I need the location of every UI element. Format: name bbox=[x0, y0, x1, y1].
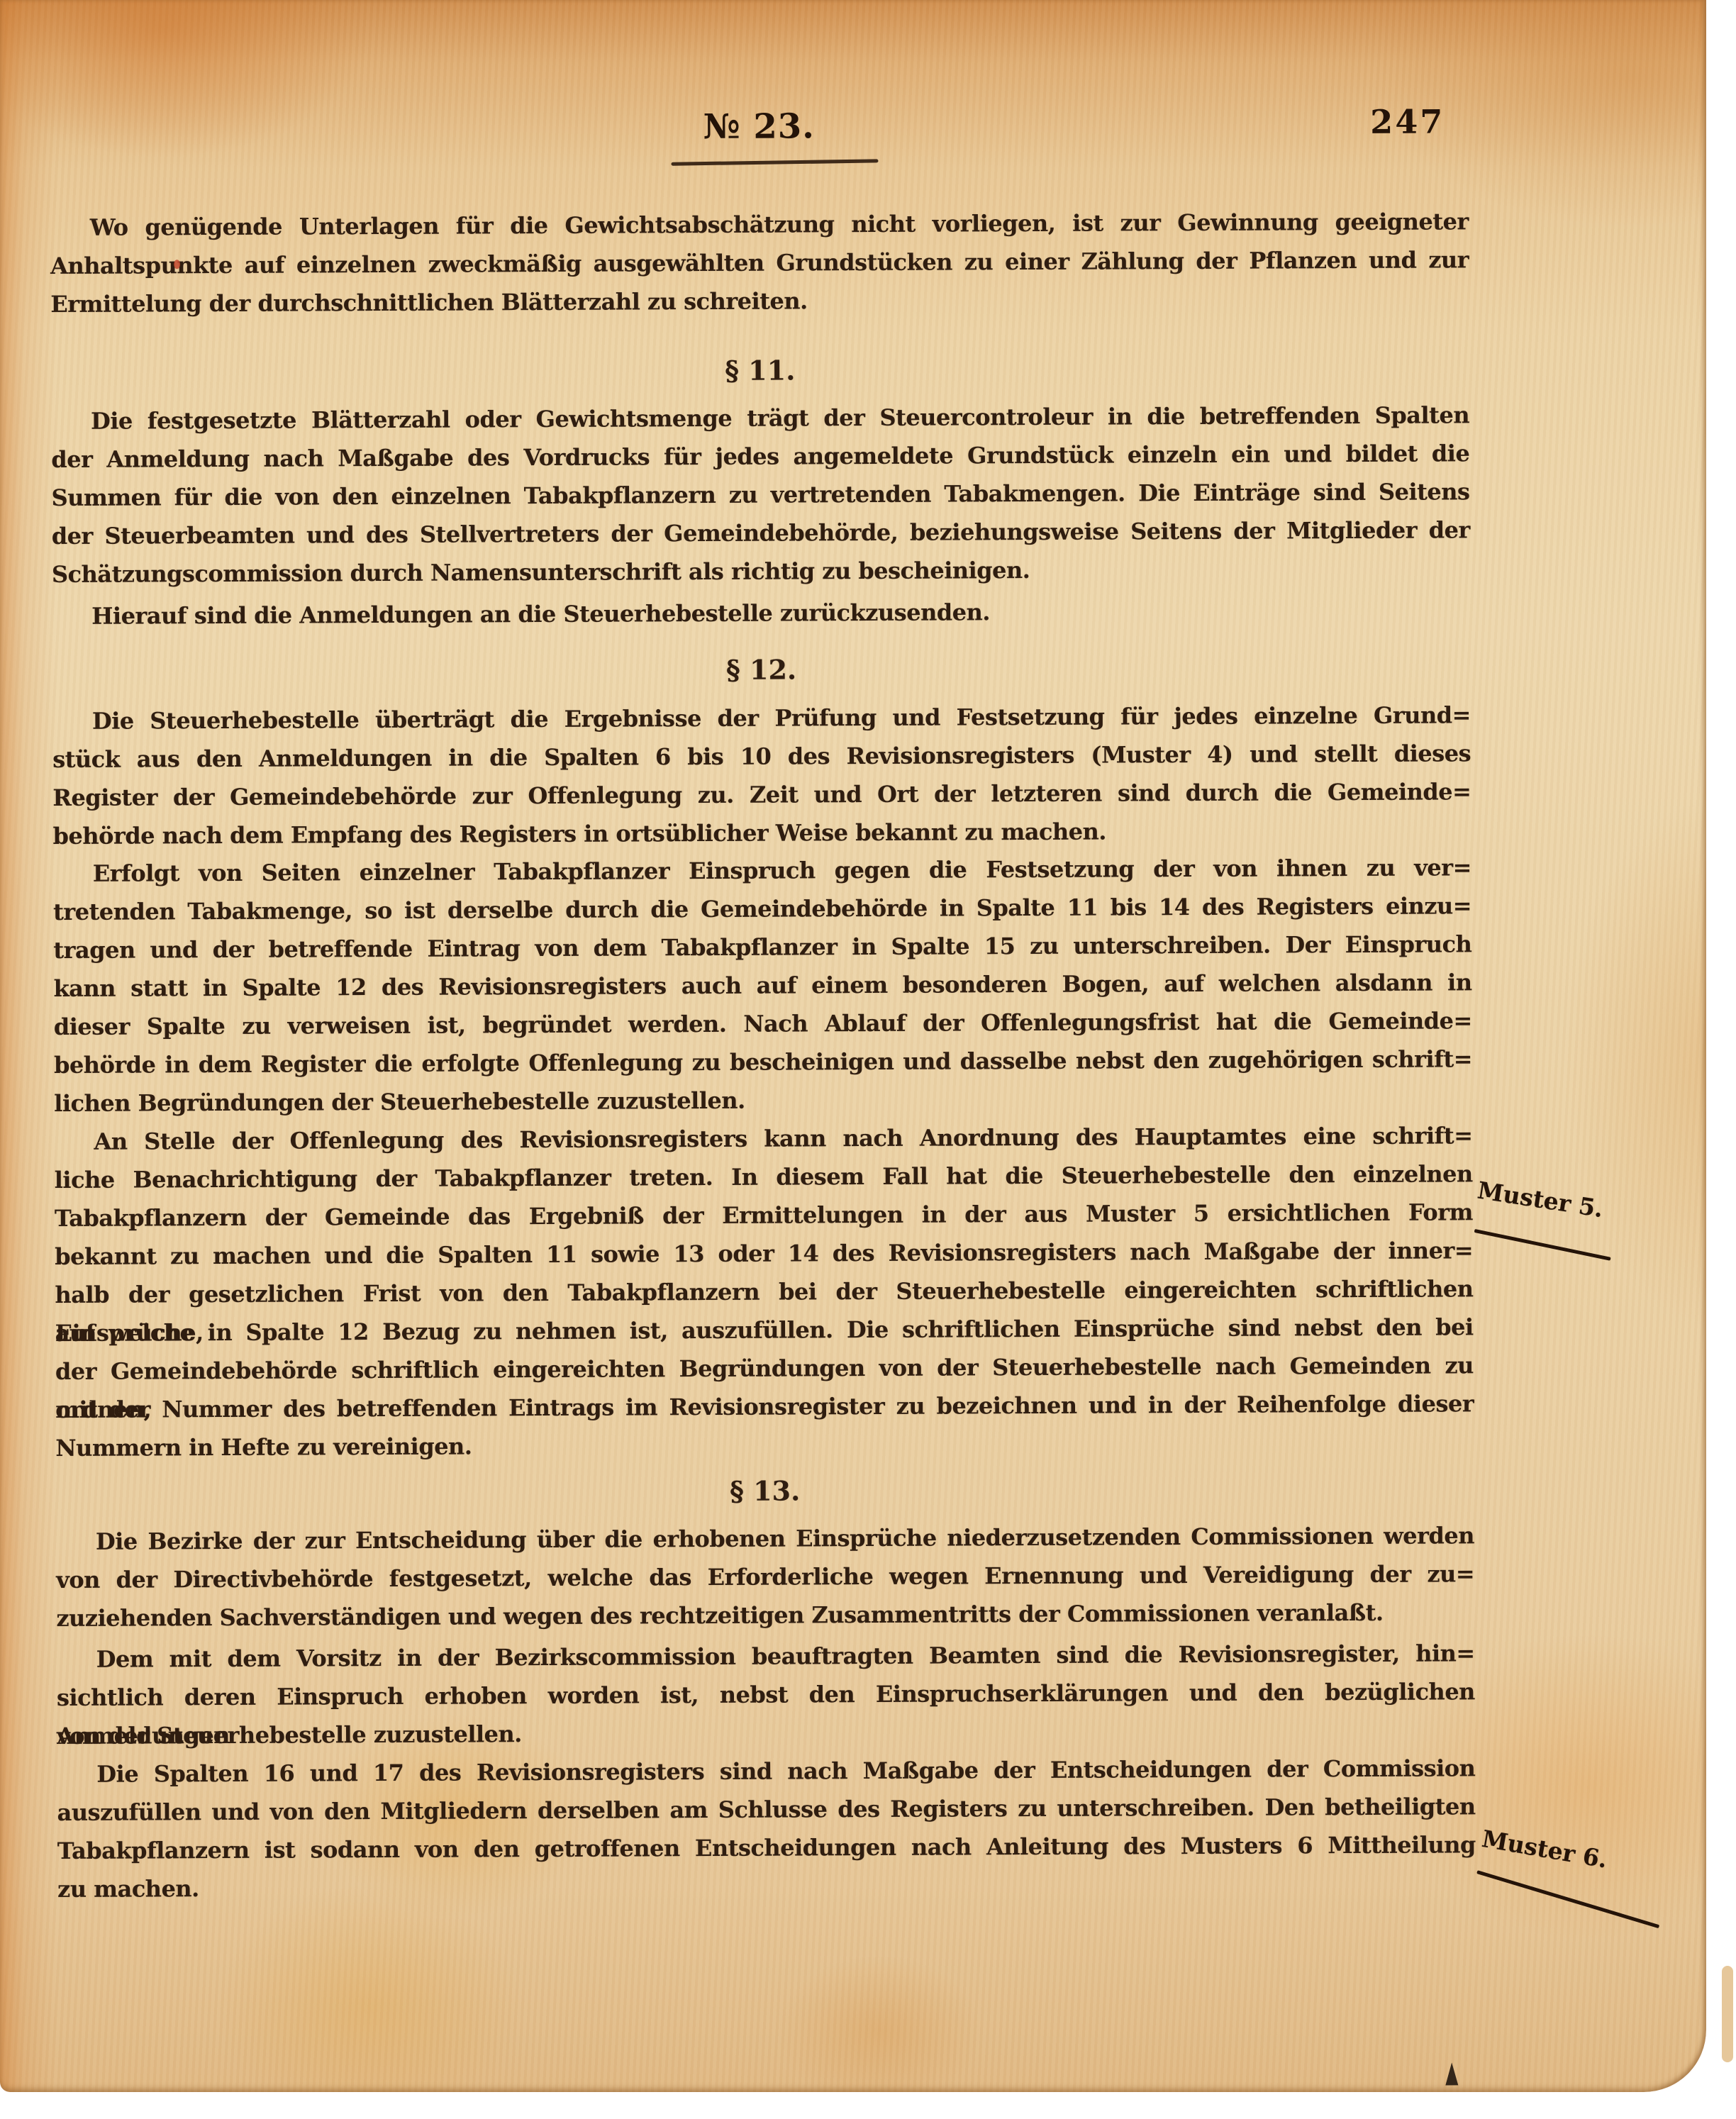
paragraph-intro: Wo genügende Unterlagen für die Gewichts… bbox=[50, 202, 1469, 323]
text-line: sichtlich deren Einspruch erhoben worden… bbox=[57, 1672, 1475, 1717]
ink-speck bbox=[174, 260, 180, 269]
text-line: liche Benachrichtigung der Tabakpflanzer… bbox=[55, 1155, 1473, 1199]
text-line: Register der Gemeindebehörde zur Offenle… bbox=[52, 772, 1471, 817]
text-line: Tabakpflanzern ist sodann von den getrof… bbox=[57, 1825, 1476, 1870]
paragraph-12-1: Die Steuerhebestelle überträgt die Ergeb… bbox=[52, 696, 1471, 855]
text-line: Ermittelung der durchschnittlichen Blätt… bbox=[50, 279, 1469, 323]
text-line: Erfolgt von Seiten einzelner Tabakpflanz… bbox=[53, 848, 1471, 893]
text-line: behörde in dem Register die erfolgte Off… bbox=[54, 1040, 1472, 1084]
text-line: kann statt in Spalte 12 des Revisionsreg… bbox=[53, 963, 1471, 1008]
text-line: Tabakpflanzern der Gemeinde das Ergebniß… bbox=[55, 1193, 1473, 1238]
paragraph-13-1: Die Bezirke der zur Entscheidung über di… bbox=[56, 1516, 1475, 1637]
text-line: Die Steuerhebestelle überträgt die Ergeb… bbox=[52, 696, 1471, 740]
text-line: Anhaltspunkte auf einzelnen zweckmäßig a… bbox=[50, 240, 1469, 285]
margin-note-muster-5-underline bbox=[1474, 1229, 1611, 1261]
text-line: dieser Spalte zu verweisen ist, begründe… bbox=[54, 1001, 1472, 1046]
text-line: zuziehenden Sachverständigen und wegen d… bbox=[56, 1593, 1474, 1637]
text-line: Nummern in Hefte zu vereinigen. bbox=[55, 1423, 1474, 1467]
text-line: bekannt zu machen und die Spalten 11 sow… bbox=[55, 1231, 1473, 1276]
paragraph-12-3: An Stelle der Offenlegung des Revisionsr… bbox=[54, 1116, 1474, 1467]
text-line: Die Spalten 16 und 17 des Revisionsregis… bbox=[57, 1749, 1475, 1793]
text-line: stück aus den Anmeldungen in die Spalten… bbox=[52, 734, 1471, 779]
text-line: Die Bezirke der zur Entscheidung über di… bbox=[56, 1516, 1474, 1561]
text-line: zu machen. bbox=[57, 1864, 1476, 1908]
text-line: Wo genügende Unterlagen für die Gewichts… bbox=[50, 202, 1469, 247]
section-heading-11: § 11. bbox=[51, 350, 1469, 391]
document-content: № 23. 247 Wo genügende Unterlagen für di… bbox=[0, 0, 1736, 2119]
text-line: der Steuerbeamten und des Stellvertreter… bbox=[52, 511, 1470, 555]
section-heading-13: § 13. bbox=[56, 1471, 1474, 1511]
paragraph-11-1: Die festgesetzte Blätterzahl oder Gewich… bbox=[51, 396, 1470, 594]
paragraph-13-2: Dem mit dem Vorsitz in der Bezirkscommis… bbox=[57, 1634, 1476, 1755]
text-line: Summen für die von den einzelnen Tabakpf… bbox=[51, 472, 1469, 517]
text-line: tragen und der betreffende Eintrag von d… bbox=[53, 925, 1471, 969]
page-number: 247 bbox=[1370, 102, 1445, 140]
text-line: Hierauf sind die Anmeldungen an die Steu… bbox=[52, 591, 1470, 635]
text-line: Schätzungscommission durch Namensuntersc… bbox=[52, 549, 1470, 594]
text-line: auf welche in Spalte 12 Bezug zu nehmen … bbox=[55, 1308, 1474, 1352]
issue-number: № 23. bbox=[50, 104, 1468, 150]
scan-artifact-mark bbox=[1445, 2062, 1458, 2085]
text-line: tretenden Tabakmenge, so ist derselbe du… bbox=[53, 886, 1471, 931]
section-heading-12: § 12. bbox=[52, 650, 1471, 690]
text-line: mit der Nummer des betreffenden Eintrags… bbox=[55, 1384, 1474, 1429]
paragraph-12-2: Erfolgt von Seiten einzelner Tabakpflanz… bbox=[53, 848, 1473, 1123]
text-line: halb der gesetzlichen Frist von den Taba… bbox=[55, 1269, 1473, 1314]
text-line: Die festgesetzte Blätterzahl oder Gewich… bbox=[51, 396, 1469, 440]
text-line: von der Directivbehörde festgesetzt, wel… bbox=[56, 1555, 1474, 1599]
text-line: auszufüllen und von den Mitgliedern ders… bbox=[57, 1787, 1476, 1832]
issue-underline bbox=[671, 159, 878, 165]
text-line: der Anmeldung nach Maßgabe des Vordrucks… bbox=[51, 434, 1469, 479]
margin-note-muster-5: Muster 5. bbox=[1476, 1177, 1606, 1223]
paragraph-13-3: Die Spalten 16 und 17 des Revisionsregis… bbox=[57, 1749, 1476, 1908]
text-line: von der Steuerhebestelle zuzustellen. bbox=[57, 1711, 1475, 1755]
text-line: An Stelle der Offenlegung des Revisionsr… bbox=[54, 1116, 1472, 1161]
paragraph-11-2: Hierauf sind die Anmeldungen an die Steu… bbox=[52, 591, 1470, 635]
margin-note-muster-6: Muster 6. bbox=[1480, 1825, 1610, 1874]
text-line: der Gemeindebehörde schriftlich eingerei… bbox=[55, 1346, 1474, 1391]
text-line: Dem mit dem Vorsitz in der Bezirkscommis… bbox=[57, 1634, 1475, 1679]
text-line: lichen Begründungen der Steuerhebestelle… bbox=[54, 1078, 1472, 1123]
margin-note-muster-6-underline bbox=[1476, 1870, 1659, 1928]
